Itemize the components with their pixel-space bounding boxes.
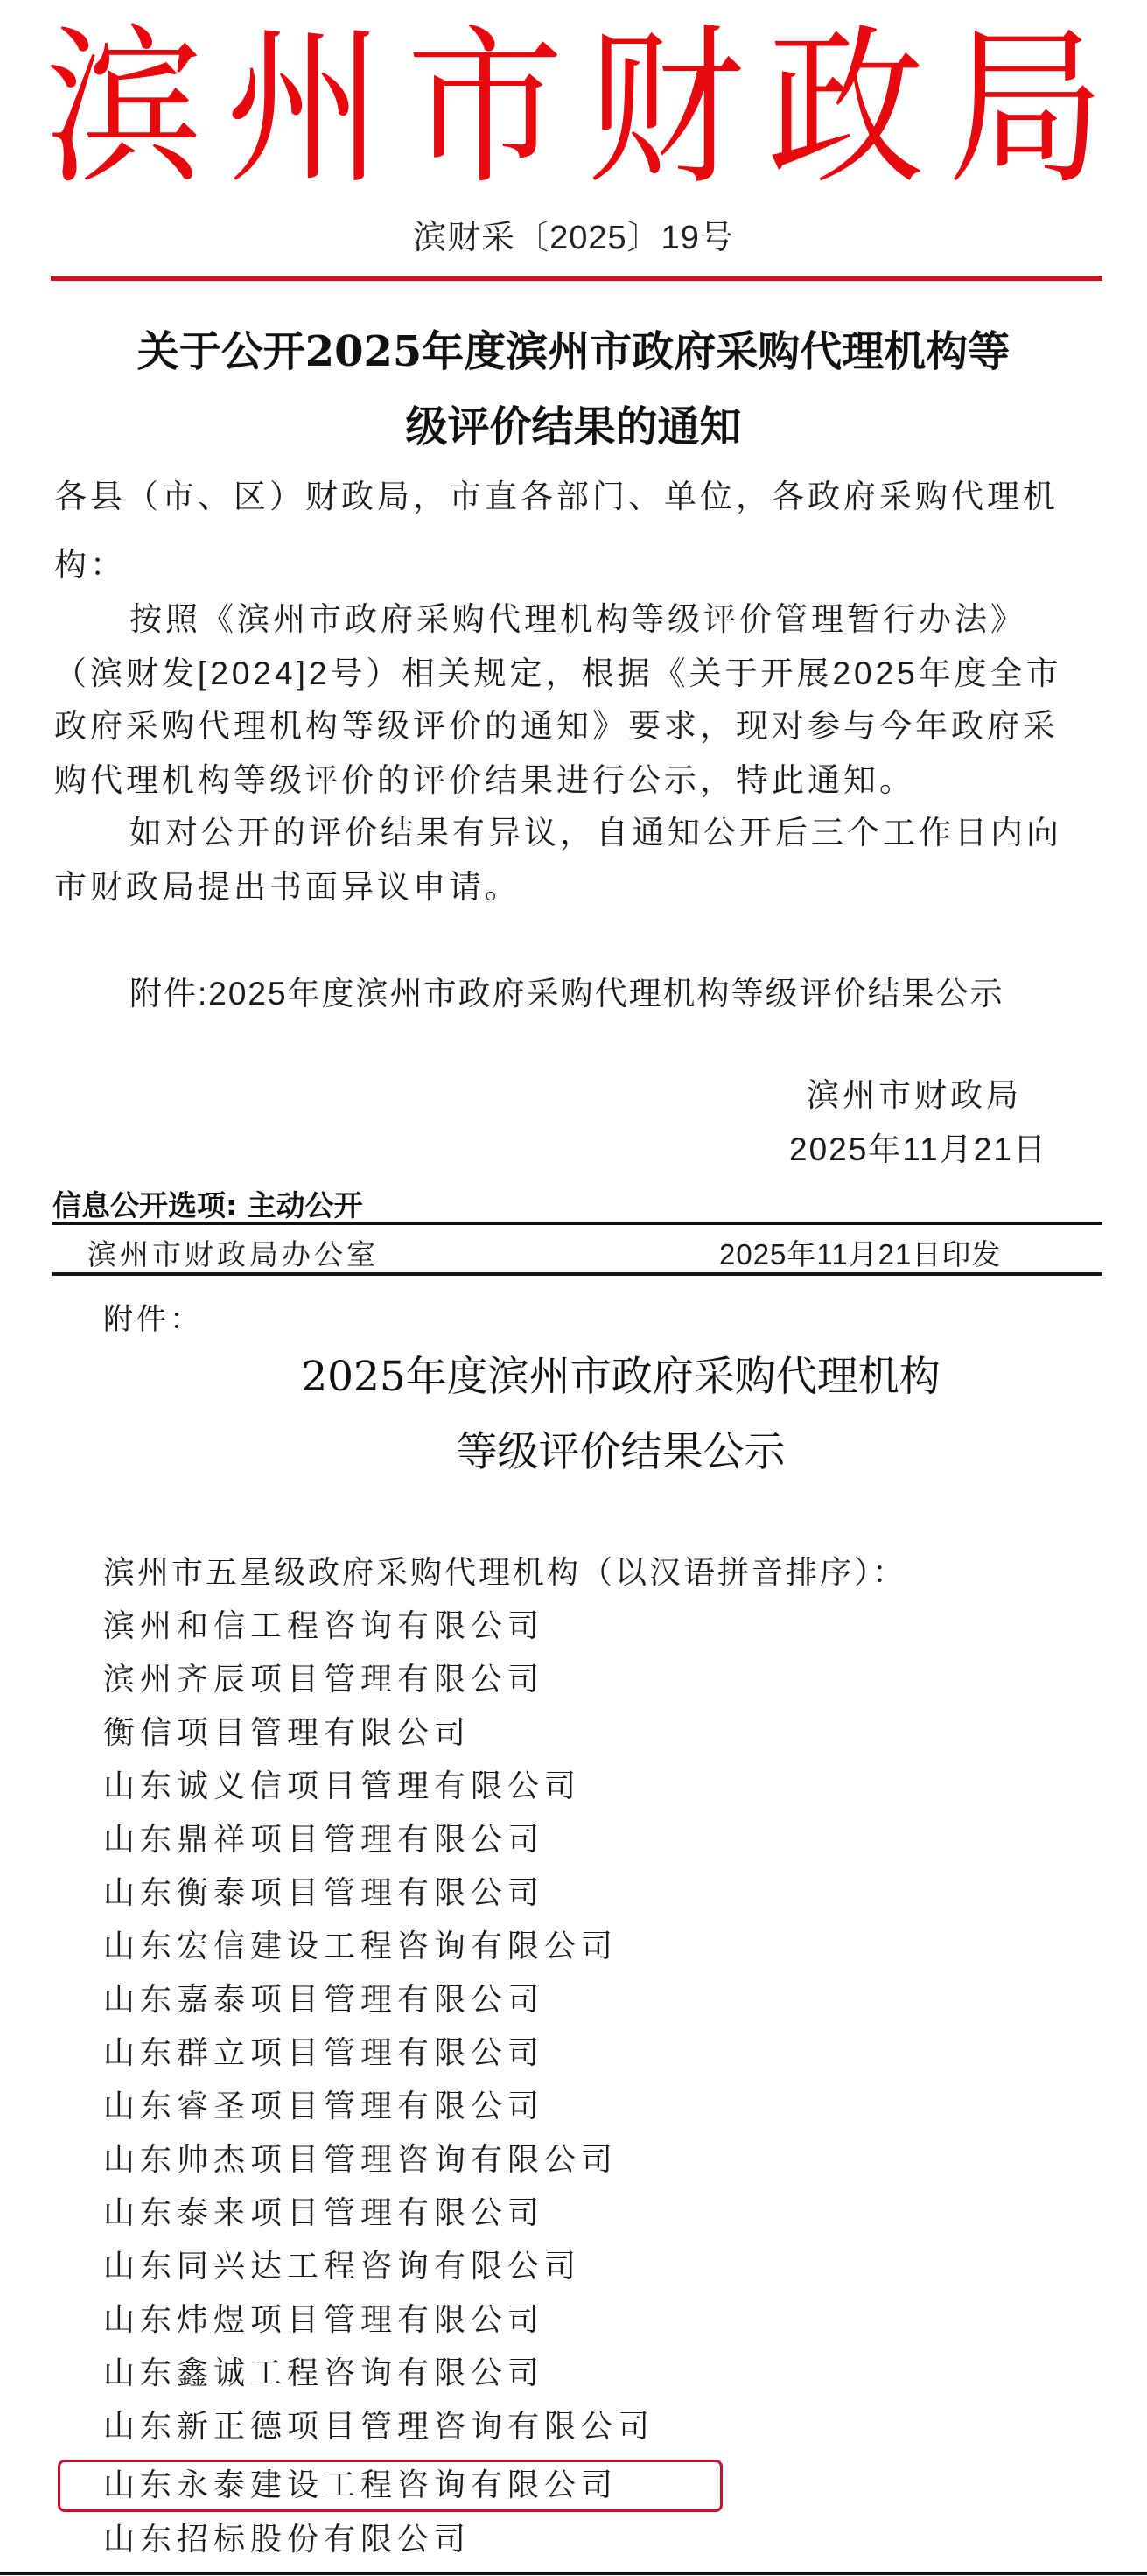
masthead-char: 财 bbox=[587, 10, 745, 209]
document-number: 滨财采〔2025〕19号 bbox=[0, 210, 1147, 258]
notice-title-line1: 关于公开2025年度滨州市政府采购代理机构等 bbox=[35, 315, 1112, 388]
masthead-char: 滨 bbox=[45, 10, 203, 209]
list-item: 山东诚义信项目管理有限公司 bbox=[103, 1760, 581, 1812]
list-item: 山东睿圣项目管理有限公司 bbox=[103, 2080, 544, 2132]
attachment-reference: 附件:2025年度滨州市政府采购代理机构等级评价结果公示 bbox=[129, 968, 1004, 1020]
para2-line2: 市财政局提出书面异议申请。 bbox=[54, 861, 521, 913]
footer-top-rule bbox=[52, 1222, 1102, 1225]
masthead-char: 州 bbox=[226, 10, 383, 209]
category-heading: 滨州市五星级政府采购代理机构（以汉语拼音排序）： bbox=[103, 1546, 906, 1599]
salutation-line2: 构： bbox=[54, 539, 126, 591]
notice-title-line2: 级评价结果的通知 bbox=[35, 390, 1112, 464]
para1-line3: 政府采购代理机构等级评价的通知》要求，现对参与今年政府采 bbox=[54, 700, 1059, 752]
attachment-title-line2: 等级评价结果公示 bbox=[0, 1416, 1147, 1489]
list-item: 山东泰来项目管理有限公司 bbox=[103, 2187, 544, 2239]
para1-line4: 购代理机构等级评价的评价结果进行公示，特此通知。 bbox=[54, 754, 915, 807]
masthead-char: 市 bbox=[406, 10, 563, 209]
footer-bottom-rule bbox=[52, 1272, 1102, 1276]
list-item: 山东宏信建设工程咨询有限公司 bbox=[103, 1920, 618, 1972]
signature-org: 滨州市财政局 bbox=[807, 1069, 1022, 1122]
list-item: 滨州和信工程咨询有限公司 bbox=[103, 1599, 544, 1652]
red-divider bbox=[51, 276, 1102, 281]
para2-line1: 如对公开的评价结果有异议，自通知公开后三个工作日内向 bbox=[129, 807, 1062, 859]
salutation-line1: 各县（市、区）财政局，市直各部门、单位，各政府采购代理机 bbox=[54, 471, 1059, 523]
list-item-highlighted: 山东永泰建设工程咨询有限公司 bbox=[103, 2459, 618, 2511]
page-bottom-rule bbox=[0, 2572, 1147, 2575]
masthead-title: 滨 州 市 财 政 局 bbox=[0, 17, 1147, 201]
list-item: 山东嘉泰项目管理有限公司 bbox=[103, 1973, 544, 2026]
attachment-title-line1: 2025年度滨州市政府采购代理机构 bbox=[0, 1340, 1147, 1414]
list-item: 山东衡泰项目管理有限公司 bbox=[103, 1866, 544, 1919]
masthead-char: 政 bbox=[767, 10, 925, 209]
attachment-label: 附件： bbox=[103, 1293, 203, 1346]
masthead-char: 局 bbox=[948, 10, 1105, 209]
list-item: 山东新正德项目管理咨询有限公司 bbox=[103, 2400, 654, 2453]
list-item: 山东同兴达工程咨询有限公司 bbox=[103, 2240, 581, 2292]
disclosure-option: 信息公开选项: 主动公开 bbox=[52, 1183, 363, 1224]
para1-line1: 按照《滨州市政府采购代理机构等级评价管理暂行办法》 bbox=[129, 593, 1026, 646]
list-item: 衡信项目管理有限公司 bbox=[103, 1706, 471, 1759]
list-item: 山东鼎祥项目管理有限公司 bbox=[103, 1813, 544, 1865]
signature-date: 2025年11月21日 bbox=[789, 1123, 1047, 1176]
list-item: 山东群立项目管理有限公司 bbox=[103, 2026, 544, 2079]
list-item: 山东鑫诚工程咨询有限公司 bbox=[103, 2347, 544, 2399]
list-item: 山东招标股份有限公司 bbox=[103, 2513, 471, 2565]
list-item: 山东炜煜项目管理有限公司 bbox=[103, 2293, 544, 2346]
list-item: 山东帅杰项目管理咨询有限公司 bbox=[103, 2133, 618, 2186]
list-item: 滨州齐辰项目管理有限公司 bbox=[103, 1653, 544, 1705]
para1-line2: （滨财发[2024]2号）相关规定，根据《关于开展2025年度全市 bbox=[54, 647, 1062, 700]
